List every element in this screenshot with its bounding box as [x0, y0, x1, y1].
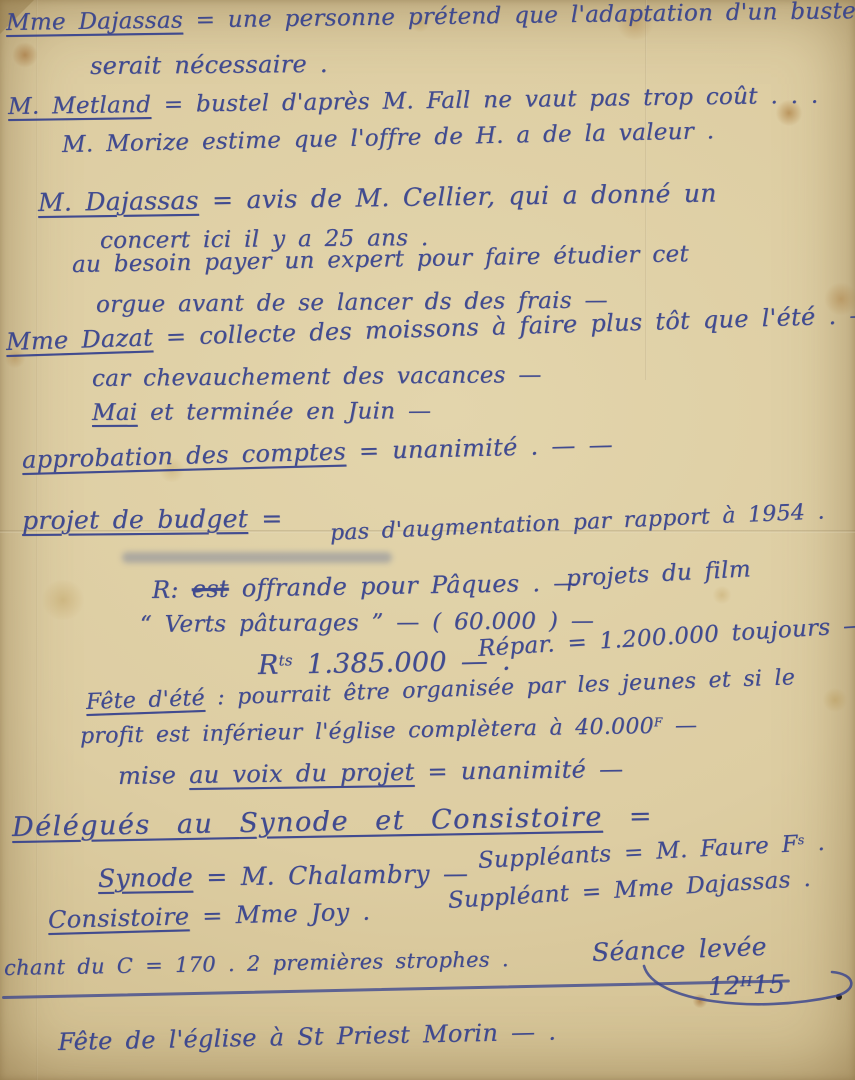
- text-segment: profit est inférieur l'église complètera…: [80, 714, 654, 749]
- hand-line-5: M. Dajassas = avis de M. Cellier, qui a …: [38, 179, 717, 217]
- text-segment: chant du C = 170 . 2 premières strophes …: [4, 947, 509, 980]
- text-segment: Fête de l'église à St Priest Morin — .: [58, 1018, 557, 1056]
- text-segment: Suppléants = M. Faure F: [477, 831, 798, 874]
- foxing-stain: [822, 688, 848, 712]
- text-segment: R: [258, 650, 279, 681]
- hand-line-10: car chevauchement des vacances —: [92, 362, 542, 392]
- underlined-text: Synode et Consistoire: [239, 802, 603, 839]
- underlined-text: Mme Dazat: [6, 323, 154, 356]
- hand-line-28: chant du C = 170 . 2 premières strophes …: [4, 947, 509, 980]
- hand-line-11: Mai et terminée en Juin —: [92, 398, 431, 426]
- text-segment: projets du film: [565, 556, 751, 592]
- hand-line-3: M. Metland = bustel d'après M. Fall ne v…: [8, 83, 819, 120]
- text-segment: = unanimité . — —: [346, 431, 614, 466]
- hand-line-13: projet de budget =: [22, 504, 283, 535]
- hand-line-26: Consistoire = Mme Joy .: [48, 898, 371, 934]
- text-segment: .: [804, 830, 826, 857]
- text-segment: offrande pour Pâques . —: [229, 569, 578, 603]
- underlined-text: Délégués au: [12, 808, 240, 843]
- underlined-text: M. Metland: [8, 92, 152, 120]
- left-edge-crease: [36, 0, 38, 1080]
- foxing-stain: [12, 42, 38, 68]
- hand-line-31: Fête de l'église à St Priest Morin — .: [58, 1018, 557, 1056]
- text-segment: = avis de M. Cellier, qui a donné un: [199, 179, 717, 215]
- text-segment: ts: [278, 651, 292, 669]
- text-segment: = M. Chalambry —: [193, 859, 469, 892]
- hand-line-15: R: est offrande pour Pâques . —: [152, 569, 578, 604]
- underlined-text: approbation des comptes: [22, 438, 347, 474]
- pen-rule: [2, 979, 790, 998]
- hand-line-1: Mme Dajassas = une personne prétend que …: [6, 0, 855, 36]
- struck-text: est: [191, 575, 229, 604]
- text-segment: H: [740, 974, 753, 990]
- text-segment: serait nécessaire .: [90, 50, 328, 80]
- text-segment: pas d'augmentation par rapport à 1954 .: [329, 499, 825, 546]
- text-segment: 15: [752, 969, 785, 999]
- hand-line-16: projets du film: [565, 556, 751, 592]
- hand-line-14: pas d'augmentation par rapport à 1954 .: [329, 499, 825, 546]
- text-segment: = bustel d'après M. Fall ne vaut pas tro…: [151, 83, 819, 118]
- hand-line-22: mise au voix du projet = unanimité —: [118, 755, 624, 790]
- hand-line-4: M. Morize estime que l'offre de H. a de …: [62, 118, 715, 158]
- hand-line-24: Synode = M. Chalambry —: [98, 859, 469, 893]
- hand-line-12: approbation des comptes = unanimité . — …: [22, 431, 614, 474]
- text-segment: 12: [707, 971, 740, 1001]
- handwritten-page: Mme Dajassas = une personne prétend que …: [0, 0, 855, 1080]
- erased-text-smudge: [122, 552, 392, 563]
- underlined-text: au voix du projet: [189, 758, 415, 789]
- text-segment: —: [662, 713, 697, 739]
- underlined-text: M. Dajassas: [38, 186, 199, 217]
- text-segment: =: [248, 504, 283, 533]
- hand-line-23: Délégués au Synode et Consistoire =: [12, 801, 654, 843]
- underlined-text: Fête d'été: [86, 686, 206, 715]
- hand-line-2: serait nécessaire .: [90, 50, 328, 80]
- text-segment: =: [602, 801, 653, 833]
- underlined-text: Synode: [98, 863, 193, 893]
- text-segment: M. Morize estime que l'offre de H. a de …: [62, 118, 715, 158]
- underlined-text: Mai: [92, 400, 138, 426]
- text-segment: = unanimité —: [414, 755, 623, 786]
- text-segment: Suppléant = Mme Dajassas .: [447, 866, 811, 914]
- text-segment: = une personne prétend que l'adaptation …: [183, 0, 855, 34]
- hand-line-27: Suppléant = Mme Dajassas .: [447, 866, 811, 914]
- foxing-stain: [40, 580, 86, 620]
- hand-line-29: Séance levée: [591, 932, 767, 967]
- text-segment: F: [654, 715, 663, 729]
- text-segment: et terminée en Juin —: [137, 398, 431, 426]
- underlined-text: Consistoire: [48, 902, 190, 934]
- text-segment: car chevauchement des vacances —: [92, 362, 542, 392]
- text-segment: mise: [118, 761, 189, 790]
- text-segment: R:: [152, 575, 192, 604]
- text-segment: Séance levée: [591, 932, 767, 967]
- ink-speck: [836, 994, 842, 1000]
- text-segment: = Mme Joy .: [189, 898, 371, 931]
- foxing-stain: [692, 994, 708, 1008]
- underlined-text: projet de budget: [22, 504, 248, 535]
- hand-line-21: profit est inférieur l'église complètera…: [80, 713, 698, 749]
- hand-line-30: 12H15: [707, 969, 785, 1001]
- underlined-text: Mme Dajassas: [6, 8, 183, 36]
- foxing-stain: [712, 586, 732, 604]
